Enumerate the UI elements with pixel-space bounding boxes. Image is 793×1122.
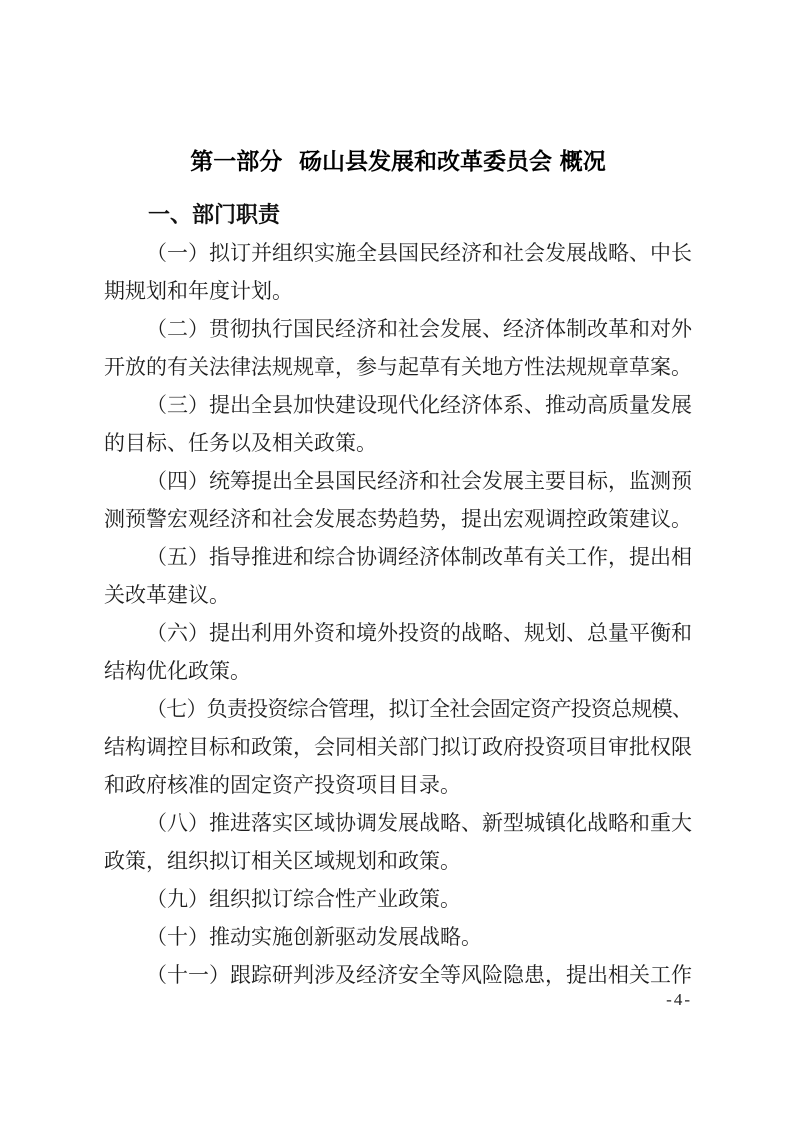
text-line: （十）推动实施创新驱动发展战略。: [104, 918, 692, 956]
duty-paragraph-5: （五）指导推进和综合协调经济体制改革有关工作，提出相关改革建议。: [104, 538, 692, 614]
page-number: -4-: [666, 990, 692, 1010]
title-suffix: 概况: [560, 148, 606, 174]
duty-paragraph-11: （十一）跟踪研判涉及经济安全等风险隐患，提出相关工作: [104, 956, 692, 994]
text-line: （二）贯彻执行国民经济和社会发展、经济体制改革和对外: [104, 310, 692, 348]
text-line: （三）提出全县加快建设现代化经济体系、推动高质量发展: [104, 386, 692, 424]
duty-paragraph-7: （七）负责投资综合管理，拟订全社会固定资产投资总规模、结构调控目标和政策，会同相…: [104, 690, 692, 804]
text-line: 和政府核准的固定资产投资项目目录。: [104, 766, 692, 804]
duty-paragraph-3: （三）提出全县加快建设现代化经济体系、推动高质量发展的目标、任务以及相关政策。: [104, 386, 692, 462]
duty-paragraph-2: （二）贯彻执行国民经济和社会发展、经济体制改革和对外开放的有关法律法规规章，参与…: [104, 310, 692, 386]
text-line: 结构优化政策。: [104, 652, 692, 690]
text-line: 结构调控目标和政策，会同相关部门拟订政府投资项目审批权限: [104, 728, 692, 766]
page-title: 第一部分 砀山县发展和改革委员会 概况: [104, 142, 692, 181]
text-line: （十一）跟踪研判涉及经济安全等风险隐患，提出相关工作: [104, 956, 692, 994]
text-line: 测预警宏观经济和社会发展态势趋势，提出宏观调控政策建议。: [104, 500, 692, 538]
document-page: 第一部分 砀山县发展和改革委员会 概况 一、部门职责 （一）拟订并组织实施全县国…: [0, 0, 793, 1122]
duty-paragraph-1: （一）拟订并组织实施全县国民经济和社会发展战略、中长期规划和年度计划。: [104, 234, 692, 310]
title-org-name: 砀山县发展和改革委员会: [288, 149, 554, 174]
text-line: （八）推进落实区域协调发展战略、新型城镇化战略和重大: [104, 804, 692, 842]
text-line: 政策，组织拟订相关区域规划和政策。: [104, 842, 692, 880]
text-line: （一）拟订并组织实施全县国民经济和社会发展战略、中长: [104, 234, 692, 272]
text-line: 关改革建议。: [104, 576, 692, 614]
text-line: （九）组织拟订综合性产业政策。: [104, 880, 692, 918]
duty-paragraph-10: （十）推动实施创新驱动发展战略。: [104, 918, 692, 956]
text-line: （四）统筹提出全县国民经济和社会发展主要目标，监测预: [104, 462, 692, 500]
text-line: （七）负责投资综合管理，拟订全社会固定资产投资总规模、: [104, 690, 692, 728]
text-line: （六）提出利用外资和境外投资的战略、规划、总量平衡和: [104, 614, 692, 652]
text-line: 期规划和年度计划。: [104, 272, 692, 310]
text-line: 的目标、任务以及相关政策。: [104, 424, 692, 462]
duty-paragraph-8: （八）推进落实区域协调发展战略、新型城镇化战略和重大政策，组织拟订相关区域规划和…: [104, 804, 692, 880]
text-line: （五）指导推进和综合协调经济体制改革有关工作，提出相: [104, 538, 692, 576]
duties-list: （一）拟订并组织实施全县国民经济和社会发展战略、中长期规划和年度计划。 （二）贯…: [104, 234, 692, 994]
duty-paragraph-6: （六）提出利用外资和境外投资的战略、规划、总量平衡和结构优化政策。: [104, 614, 692, 690]
duty-paragraph-9: （九）组织拟订综合性产业政策。: [104, 880, 692, 918]
duty-paragraph-4: （四）统筹提出全县国民经济和社会发展主要目标，监测预测预警宏观经济和社会发展态势…: [104, 462, 692, 538]
title-part-label: 第一部分: [190, 148, 282, 174]
section-heading: 一、部门职责: [104, 196, 692, 234]
text-line: 开放的有关法律法规规章，参与起草有关地方性法规规章草案。: [104, 348, 692, 386]
